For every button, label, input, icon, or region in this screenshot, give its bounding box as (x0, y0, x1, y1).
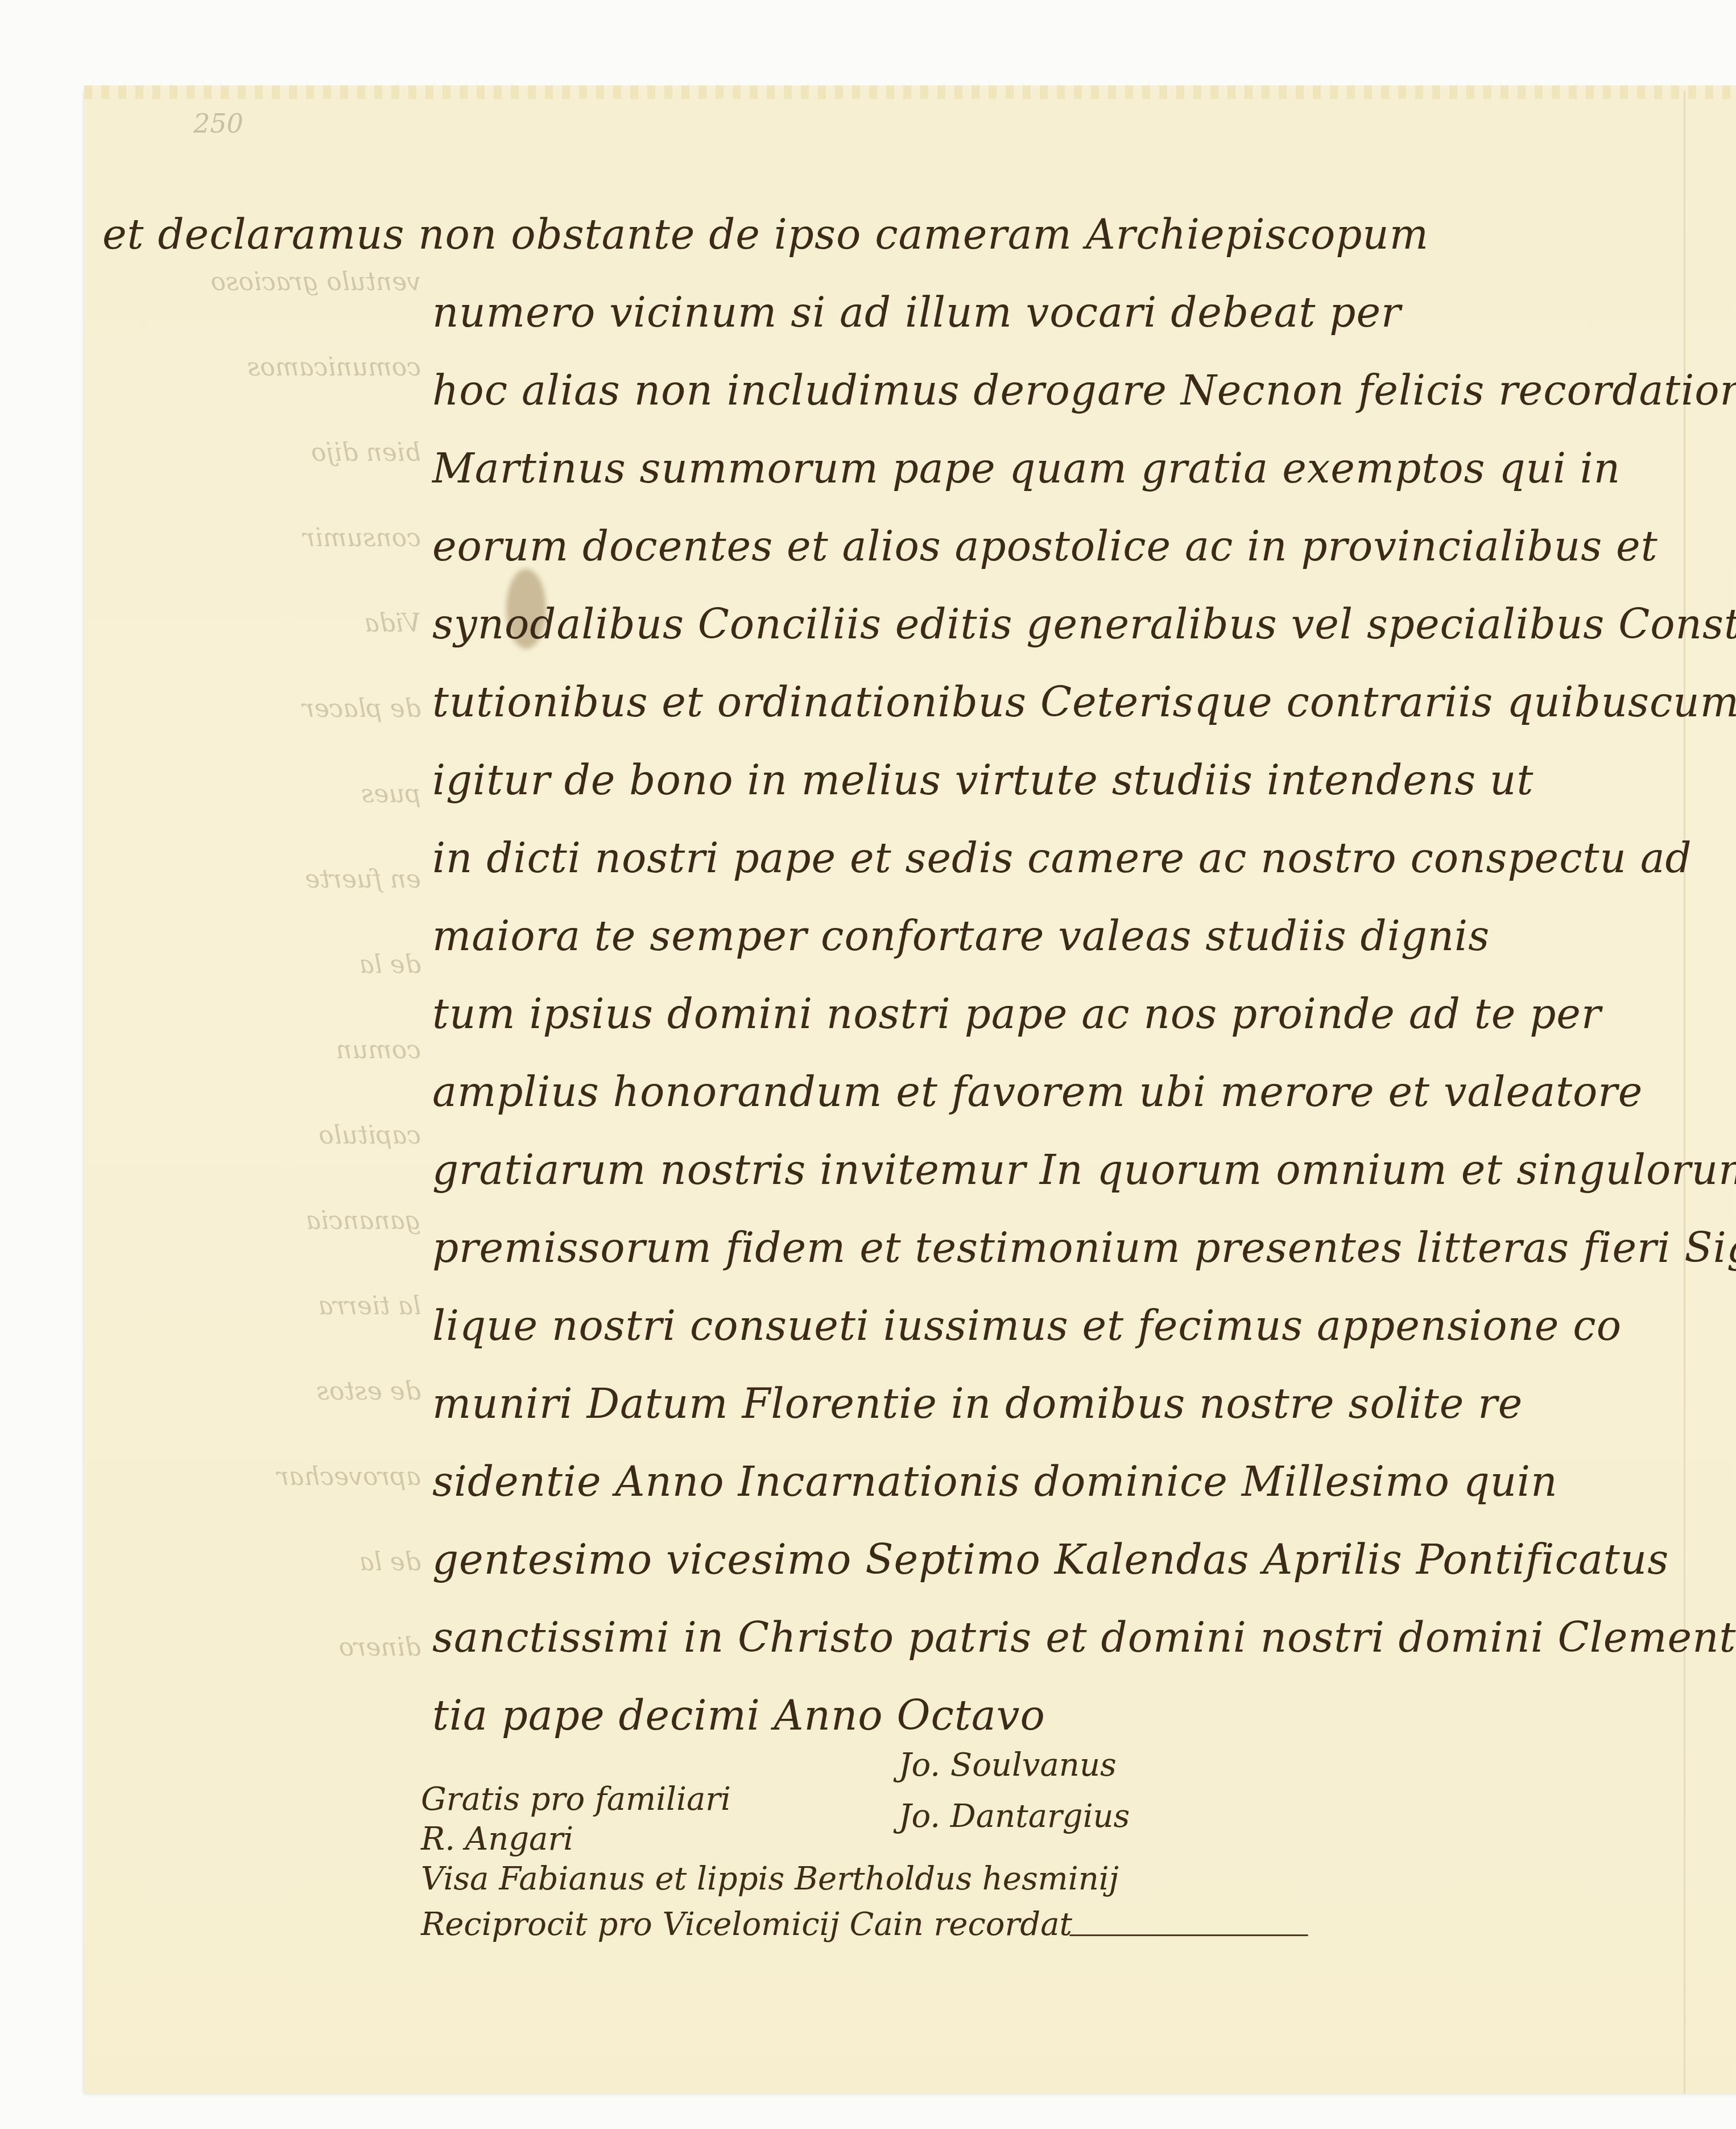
bleedthrough-text: la tierra (102, 1292, 421, 1321)
signature-gratis: Gratis pro familiari (421, 1781, 731, 1818)
bleedthrough-text: de la (102, 950, 421, 979)
manuscript-line: in dicti nostri pape et sedis camere ac … (432, 834, 1692, 882)
page-number: 250 (193, 108, 243, 139)
bleedthrough-text: dinero (102, 1633, 421, 1662)
manuscript-line: igitur de bono in melius virtute studiis… (432, 756, 1534, 804)
bleedthrough-text: comunicamos (102, 353, 421, 382)
bleedthrough-text: de la (102, 1548, 421, 1577)
manuscript-line: amplius honorandum et favorem ubi merore… (432, 1068, 1643, 1116)
bleedthrough-text: comun (102, 1035, 421, 1064)
manuscript-line: tum ipsius domini nostri pape ac nos pro… (432, 990, 1601, 1038)
manuscript-line: gratiarum nostris invitemur In quorum om… (432, 1146, 1736, 1194)
signature-dantargius: Jo. Dantargius (899, 1798, 1130, 1835)
manuscript-line: synodalibus Conciliis editis generalibus… (432, 600, 1736, 648)
manuscript-line: eorum docentes et alios apostolice ac in… (432, 522, 1658, 570)
bleedthrough-text: bien dijo (102, 438, 421, 467)
bleedthrough-text: pues (102, 779, 421, 808)
manuscript-line: hoc alias non includimus derogare Necnon… (432, 366, 1736, 414)
manuscript-line: sidentie Anno Incarnationis dominice Mil… (432, 1458, 1558, 1505)
manuscript-line: et declaramus non obstante de ipso camer… (102, 211, 1429, 258)
signature-visa: Visa Fabianus et lippis Bertholdus hesmi… (421, 1860, 1119, 1897)
bleedthrough-text: Vida (102, 609, 421, 638)
bleedthrough-text: ventulo gracioso (102, 267, 421, 296)
bleedthrough-text: de placer (102, 694, 421, 723)
bleedthrough-text: aprovechar (102, 1462, 421, 1491)
signature-soulvanus: Jo. Soulvanus (899, 1747, 1117, 1784)
manuscript-line: tutionibus et ordinationibus Ceterisque … (432, 678, 1736, 726)
bleedthrough-text: de estos (102, 1377, 421, 1406)
bleedthrough-text: ganancia (102, 1206, 421, 1235)
bleedthrough-text: en fuerte (102, 865, 421, 894)
manuscript-line: premissorum fidem et testimonium present… (432, 1224, 1736, 1272)
signature-flourish (1069, 1934, 1308, 1936)
bleedthrough-text: capitulo (102, 1121, 421, 1150)
signature-angari: R. Angari (421, 1821, 573, 1858)
manuscript-line: muniri Datum Florentie in domibus nostre… (432, 1380, 1523, 1427)
manuscript-line: lique nostri consueti iussimus et fecimu… (432, 1302, 1622, 1350)
manuscript-line: maiora te semper confortare valeas studi… (432, 912, 1490, 960)
manuscript-line: Martinus summorum pape quam gratia exemp… (432, 444, 1621, 492)
signature-recordat: Reciprocit pro Vicelomicij Cain recordat (421, 1906, 1072, 1943)
manuscript-line: numero vicinum si ad illum vocari debeat… (432, 288, 1401, 336)
manuscript-line: tia pape decimi Anno Octavo (432, 1691, 1045, 1739)
bleedthrough-text: consumir (102, 523, 421, 552)
torn-top-edge (84, 85, 1736, 99)
manuscript-line: gentesimo vicesimo Septimo Kalendas Apri… (432, 1536, 1669, 1583)
manuscript-line: sanctissimi in Christo patris et domini … (432, 1614, 1736, 1661)
